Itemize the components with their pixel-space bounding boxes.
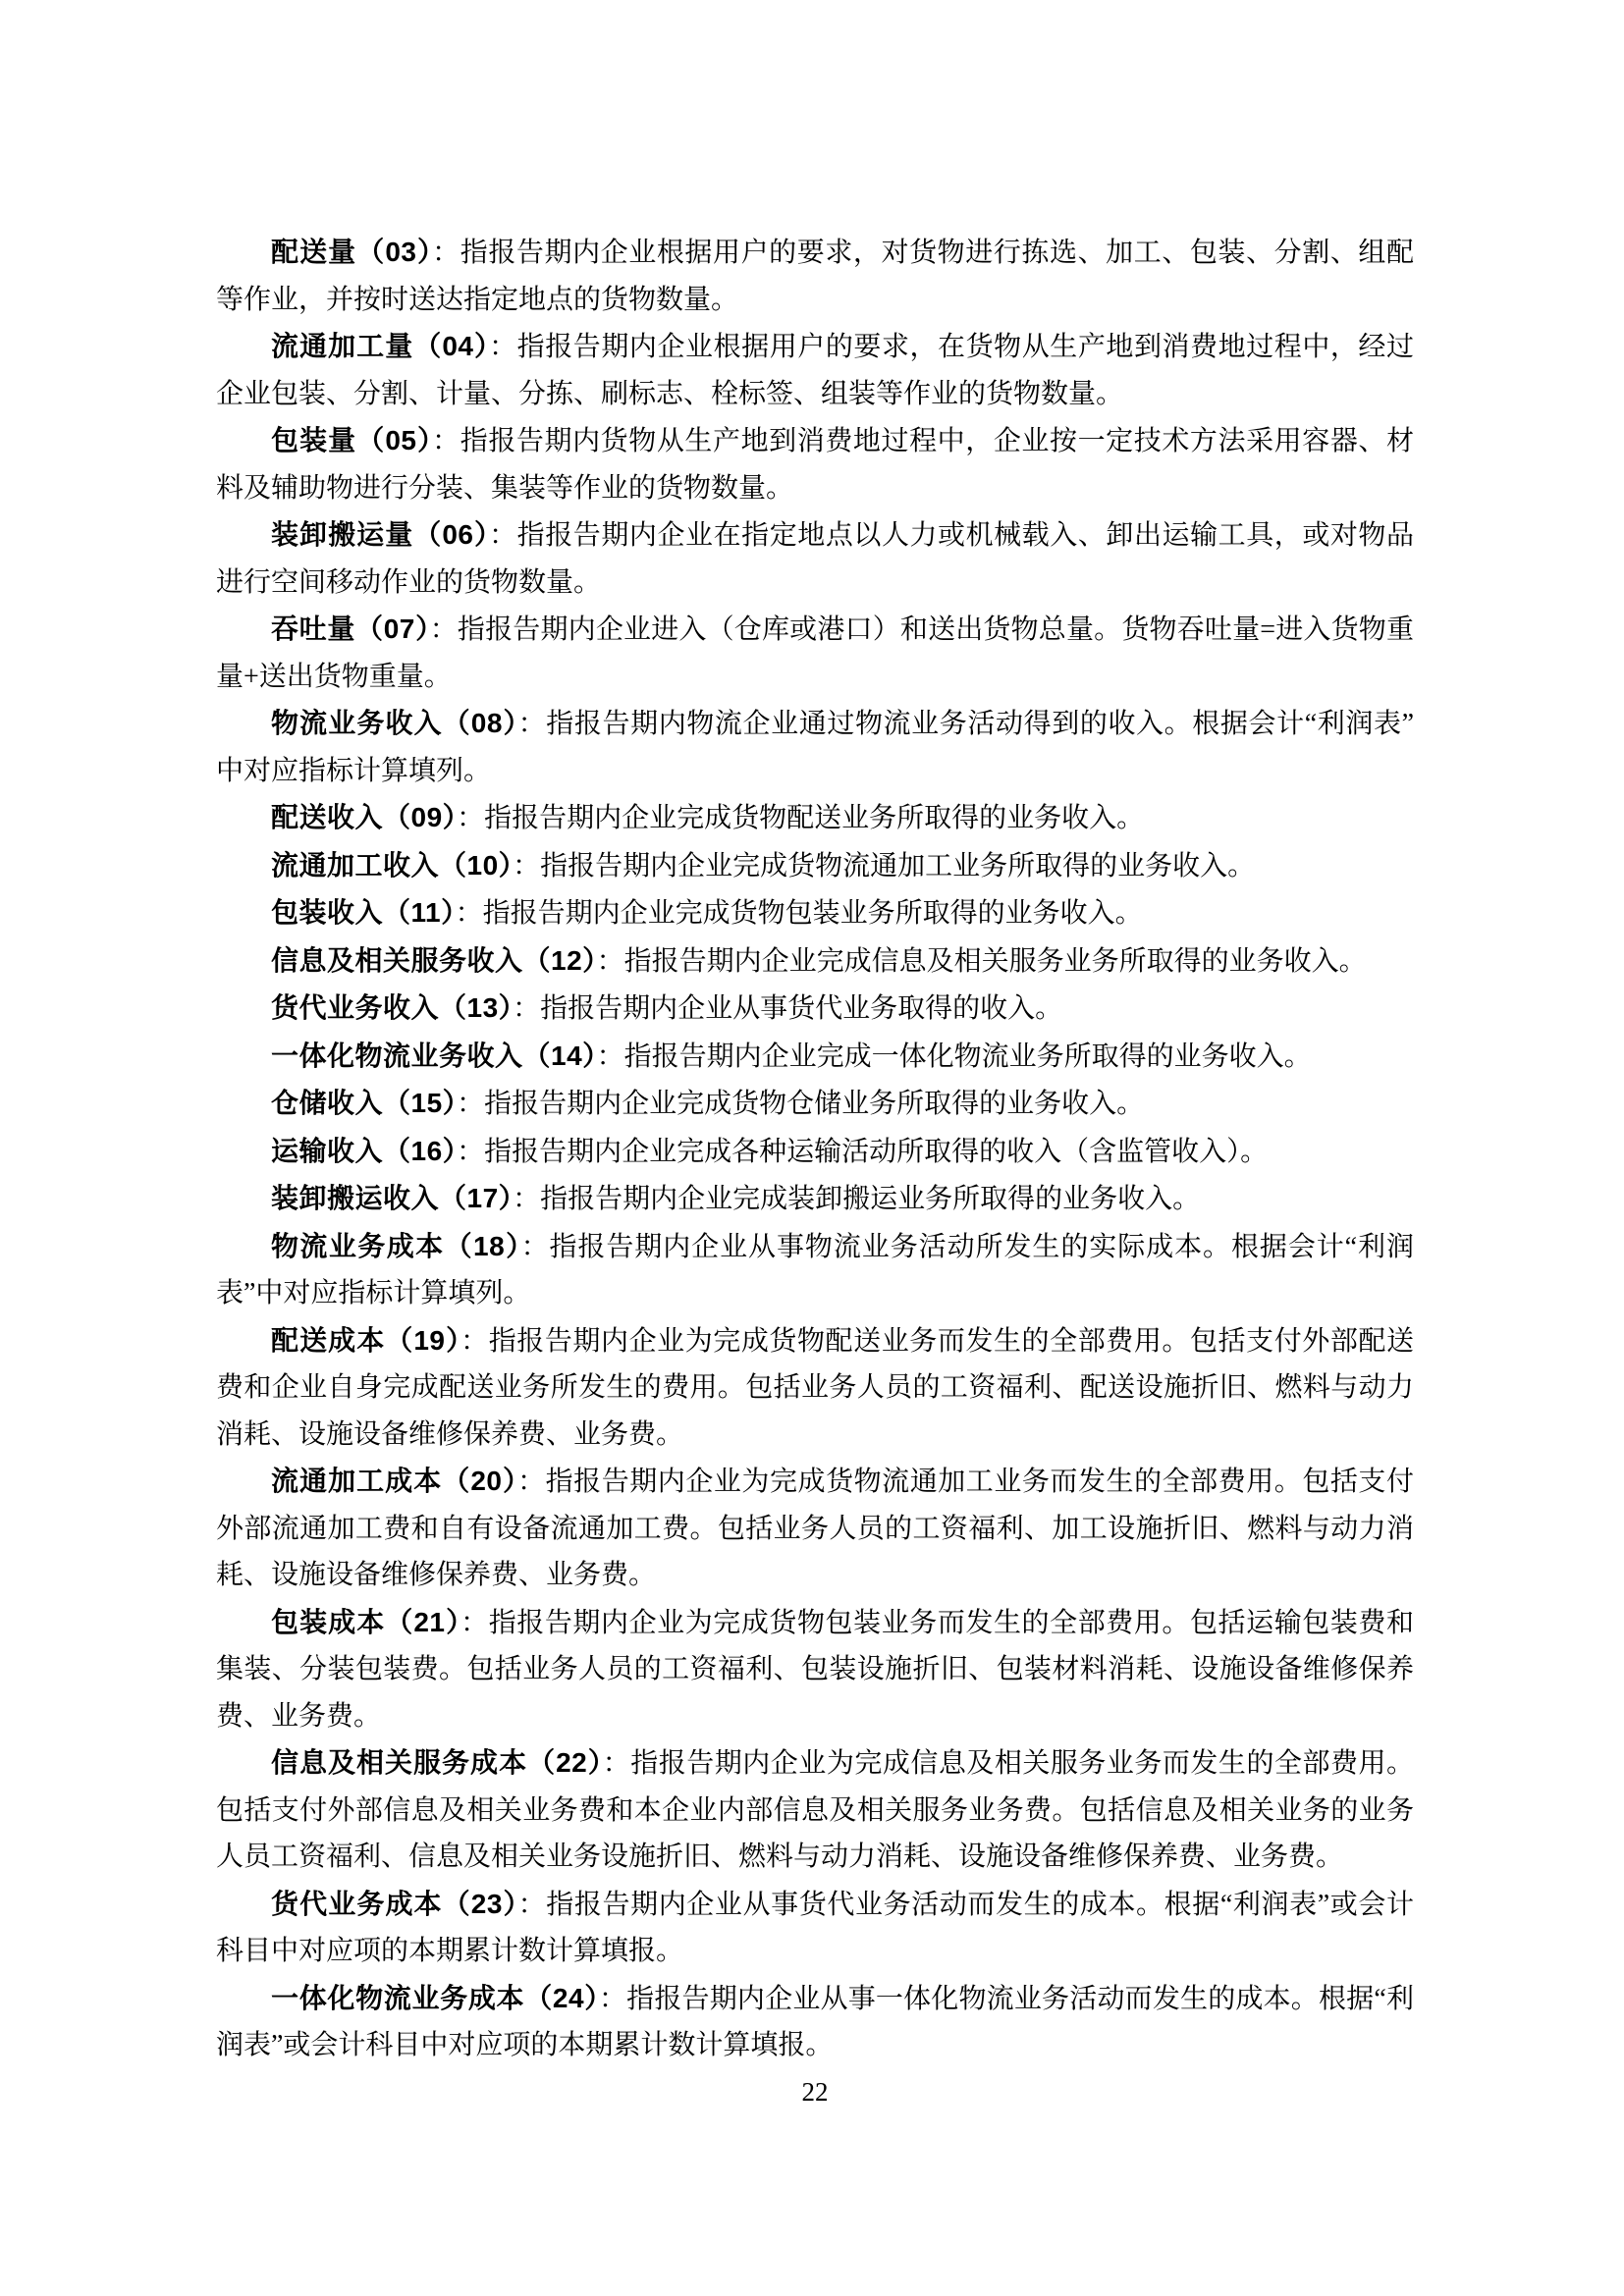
definition-paragraph: 包装量（05）：指报告期内货物从生产地到消费地过程中，企业按一定技术方法采用容器… — [216, 417, 1414, 511]
definition-paragraph: 货代业务收入（13）：指报告期内企业从事货代业务取得的收入。 — [216, 985, 1414, 1033]
definition-paragraph: 装卸搬运量（06）：指报告期内企业在指定地点以人力或机械载入、卸出运输工具，或对… — [216, 511, 1414, 606]
definition-paragraph: 信息及相关服务收入（12）：指报告期内企业完成信息及相关服务业务所取得的业务收入… — [216, 937, 1414, 986]
definition-paragraph: 配送收入（09）：指报告期内企业完成货物配送业务所取得的业务收入。 — [216, 794, 1414, 842]
definition-paragraph: 包装收入（11）：指报告期内企业完成货物包装业务所取得的业务收入。 — [216, 889, 1414, 937]
definition-paragraph: 物流业务收入（08）：指报告期内物流企业通过物流业务活动得到的收入。根据会计“利… — [216, 700, 1414, 794]
definition-term: 装卸搬运收入（17） — [271, 1183, 513, 1213]
definition-paragraph: 流通加工收入（10）：指报告期内企业完成货物流通加工业务所取得的业务收入。 — [216, 842, 1414, 890]
definition-text: ：指报告期内企业完成货物配送业务所取得的业务收入。 — [457, 803, 1144, 833]
definition-paragraph: 运输收入（16）：指报告期内企业完成各种运输活动所取得的收入（含监管收入）。 — [216, 1128, 1414, 1176]
definition-text: ：指报告期内企业完成货物包装业务所取得的业务收入。 — [456, 898, 1143, 929]
definition-text: ：指报告期内企业完成货物流通加工业务所取得的业务收入。 — [513, 851, 1255, 881]
definition-term: 吞吐量（07） — [271, 614, 430, 644]
definition-term: 运输收入（16） — [271, 1136, 457, 1166]
definition-term: 配送成本（19） — [271, 1325, 460, 1356]
definition-term: 配送量（03） — [271, 237, 432, 267]
definition-text: ：指报告期内企业完成信息及相关服务业务所取得的业务收入。 — [597, 946, 1367, 977]
definition-paragraph: 流通加工量（04）：指报告期内企业根据用户的要求，在货物从生产地到消费地过程中，… — [216, 323, 1414, 417]
definition-paragraph: 一体化物流业务收入（14）：指报告期内企业完成一体化物流业务所取得的业务收入。 — [216, 1033, 1414, 1081]
definition-term: 包装收入（11） — [271, 897, 456, 928]
definition-term: 仓储收入（15） — [271, 1088, 457, 1118]
definition-term: 一体化物流业务收入（14） — [271, 1041, 597, 1071]
definition-paragraph: 货代业务成本（23）：指报告期内企业从事货代业务活动而发生的成本。根据“利润表”… — [216, 1881, 1414, 1975]
definition-paragraph: 一体化物流业务成本（24）：指报告期内企业从事一体化物流业务活动而发生的成本。根… — [216, 1975, 1414, 2069]
definition-term: 流通加工量（04） — [271, 331, 489, 361]
paragraph-list: 配送量（03）：指报告期内企业根据用户的要求，对货物进行拣选、加工、包装、分割、… — [216, 229, 1414, 2069]
definition-text: ：指报告期内企业从事货代业务取得的收入。 — [513, 993, 1062, 1024]
definition-paragraph: 包装成本（21）：指报告期内企业为完成货物包装业务而发生的全部费用。包括运输包装… — [216, 1599, 1414, 1740]
definitions-section: 配送量（03）：指报告期内企业根据用户的要求，对货物进行拣选、加工、包装、分割、… — [216, 229, 1414, 2115]
definition-paragraph: 物流业务成本（18）：指报告期内企业从事物流业务活动所发生的实际成本。根据会计“… — [216, 1223, 1414, 1317]
definition-term: 货代业务成本（23） — [271, 1889, 518, 1919]
definition-text: ：指报告期内企业完成装卸搬运业务所取得的业务收入。 — [513, 1184, 1200, 1214]
definition-paragraph: 配送成本（19）：指报告期内企业为完成货物配送业务而发生的全部费用。包括支付外部… — [216, 1317, 1414, 1459]
page-number: 22 — [216, 2069, 1414, 2116]
definition-term: 装卸搬运量（06） — [271, 519, 489, 550]
definition-paragraph: 配送量（03）：指报告期内企业根据用户的要求，对货物进行拣选、加工、包装、分割、… — [216, 229, 1414, 323]
definition-term: 信息及相关服务收入（12） — [271, 945, 597, 976]
definition-term: 配送收入（09） — [271, 802, 457, 832]
definition-term: 包装量（05） — [271, 425, 432, 455]
definition-paragraph: 装卸搬运收入（17）：指报告期内企业完成装卸搬运业务所取得的业务收入。 — [216, 1175, 1414, 1223]
definition-paragraph: 流通加工成本（20）：指报告期内企业为完成货物流通加工业务而发生的全部费用。包括… — [216, 1458, 1414, 1599]
definition-paragraph: 吞吐量（07）：指报告期内企业进入（仓库或港口）和送出货物总量。货物吞吐量=进入… — [216, 606, 1414, 700]
definition-term: 物流业务收入（08） — [271, 708, 518, 738]
definition-paragraph: 信息及相关服务成本（22）：指报告期内企业为完成信息及相关服务业务而发生的全部费… — [216, 1739, 1414, 1881]
definition-paragraph: 仓储收入（15）：指报告期内企业完成货物仓储业务所取得的业务收入。 — [216, 1080, 1414, 1128]
definition-term: 一体化物流业务成本（24） — [271, 1983, 599, 2013]
definition-term: 物流业务成本（18） — [271, 1231, 521, 1261]
definition-text: ：指报告期内企业完成货物仓储业务所取得的业务收入。 — [457, 1089, 1144, 1119]
definition-text: ：指报告期内企业完成一体化物流业务所取得的业务收入。 — [597, 1041, 1312, 1072]
definition-term: 流通加工收入（10） — [271, 850, 513, 881]
document-page: 配送量（03）：指报告期内企业根据用户的要求，对货物进行拣选、加工、包装、分割、… — [0, 0, 1624, 2296]
definition-term: 流通加工成本（20） — [271, 1466, 517, 1496]
definition-term: 信息及相关服务成本（22） — [271, 1747, 603, 1778]
definition-term: 货代业务收入（13） — [271, 992, 513, 1023]
definition-term: 包装成本（21） — [271, 1607, 460, 1637]
definition-text: ：指报告期内企业完成各种运输活动所取得的收入（含监管收入）。 — [457, 1137, 1268, 1167]
